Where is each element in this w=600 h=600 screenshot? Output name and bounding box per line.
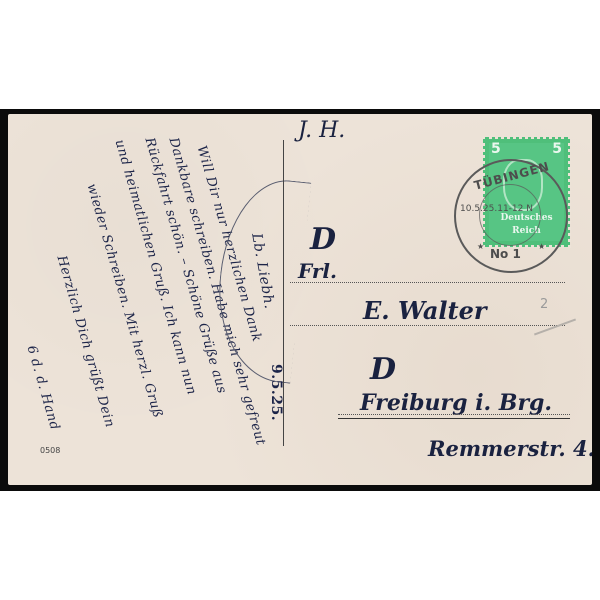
address-line-1	[290, 282, 565, 283]
pencil-stroke	[534, 319, 576, 336]
postmark-star-icon: ★	[538, 242, 545, 251]
address-line-2	[290, 325, 565, 326]
address-flourish: D	[370, 352, 396, 387]
message-line: Herzlich Dich grüßt Dein	[54, 254, 118, 429]
center-divider-line	[283, 140, 284, 446]
pencil-note: 2	[540, 297, 548, 312]
recipient-street: Remmerstr. 4.	[428, 436, 592, 461]
postmark-inner-ring	[479, 184, 541, 246]
stamp-value-left: 5	[491, 141, 501, 157]
stamp-value-right: 5	[552, 141, 562, 157]
recipient-name: E. Walter	[363, 296, 487, 325]
postmark-office: No 1	[490, 247, 521, 261]
serial-number: 0508	[40, 446, 60, 455]
address-salutation: Frl.	[298, 259, 337, 283]
address-underline	[338, 418, 570, 419]
address-line-3	[338, 414, 570, 415]
postcard-back: Will Dir nur herzlichen Dank Dankbare sc…	[8, 114, 592, 485]
message-date: 9.5.25.	[268, 364, 284, 421]
address-flourish: D	[310, 222, 336, 257]
sender-initials: J. H.	[298, 118, 345, 143]
postmark-star-icon: ★	[477, 242, 484, 251]
message-line: 6 d. d. Hand	[24, 344, 62, 432]
postmark-date: 10.5.25.11-12 N	[460, 204, 533, 214]
recipient-city: Freiburg i. Brg.	[360, 390, 552, 416]
